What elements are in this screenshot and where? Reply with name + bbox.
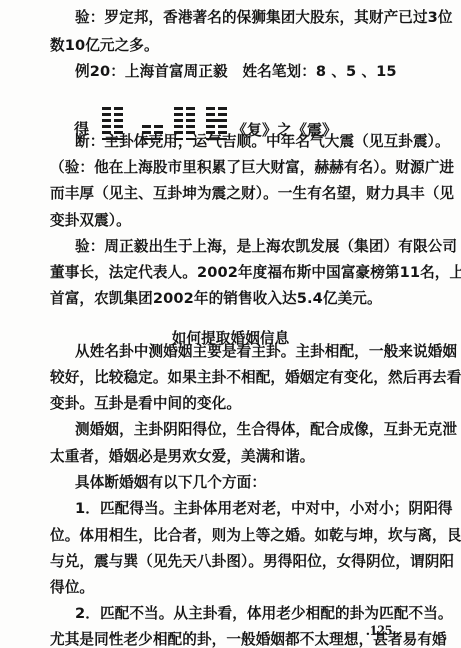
yin-line-icon [206, 107, 227, 110]
yin-line-icon [174, 113, 195, 116]
text-line: 例20：上海首富周正毅 姓名笔划：8 、5 、15 [75, 63, 422, 81]
text-line: 董事长，法定代表人。2002年度福布斯中国富豪榜第11名，上海 [50, 264, 422, 282]
text-line: （验：他在上海股市里积累了巨大财富，赫赫有名）。财源广进 [50, 159, 422, 177]
yin-line-icon [142, 125, 163, 128]
text-line: 具体断婚姻有以下几个方面： [75, 474, 422, 492]
yin-line-icon [102, 119, 123, 122]
text-line: 较好，比较稳定。如果主卦不相配，婚姻定有变化，然后再去看 [50, 369, 422, 387]
text-line: 变卦双震）。 [50, 212, 422, 230]
yin-line-icon [174, 138, 195, 141]
hexagram-2 [142, 122, 163, 140]
text-line: 得位。 [50, 579, 422, 597]
yang-line-icon [102, 138, 123, 141]
yin-line-icon [102, 131, 123, 134]
yin-line-icon [174, 131, 195, 134]
text-line: 数10亿元之多。 [50, 37, 422, 55]
page-number: .125. [366, 623, 396, 640]
section-heading: 如何提取婚姻信息 [0, 330, 461, 348]
yin-line-icon [102, 125, 123, 128]
hexagram-4 [206, 103, 227, 140]
yin-line-icon [174, 125, 195, 128]
yin-line-icon [206, 125, 227, 128]
yin-line-icon [102, 107, 123, 110]
text-line: 与兑，震与巽（见先天八卦图）。男得阳位，女得阴位，谓阴阳 [50, 553, 422, 571]
text-line: 测婚姻，主卦阴阳得位，生合得体，配合成像，互卦无克泄 [75, 421, 422, 439]
hexagram-1 [102, 103, 123, 140]
yang-line-icon [142, 138, 163, 141]
yin-line-icon [142, 131, 163, 134]
text-line: 位。体用相生，比合者，则为上等之婚。如乾与坤，坎与离，艮 [50, 527, 422, 545]
text-line: 首富，农凯集团2002年的销售收入达5.4亿美元。 [50, 290, 422, 308]
yin-line-icon [174, 119, 195, 122]
text-line: 验：周正毅出生于上海，是上海农凯发展（集团）有限公司 [75, 238, 422, 256]
yin-line-icon [102, 113, 123, 116]
text-line: 太重者，婚姻必是男欢女爱，美满和谐。 [50, 448, 422, 466]
yin-line-icon [206, 113, 227, 116]
text-line: 2．匹配不当。从主卦看，体用老少相配的卦为匹配不当。 [75, 605, 422, 623]
text-line: 验：罗定邦，香港著名的保狮集团大股东，其财产已过3位 [75, 9, 422, 27]
text-line: 变卦。互卦是看中间的变化。 [50, 395, 422, 413]
hexagram-3 [174, 103, 195, 140]
yin-line-icon [174, 107, 195, 110]
hexagram-label: 得 [74, 118, 89, 139]
yang-line-icon [206, 119, 227, 122]
text-line: 1．匹配得当。主卦体用老对老，中对中，小对小；阴阳得 [75, 500, 422, 518]
text-line: 而丰厚（见主、互卦坤为震之财）。一生有名望，财力具丰（见 [50, 185, 422, 203]
hexagram-caption: 《复》之《震》 [232, 119, 337, 140]
yin-line-icon [206, 131, 227, 134]
yang-line-icon [206, 138, 227, 141]
